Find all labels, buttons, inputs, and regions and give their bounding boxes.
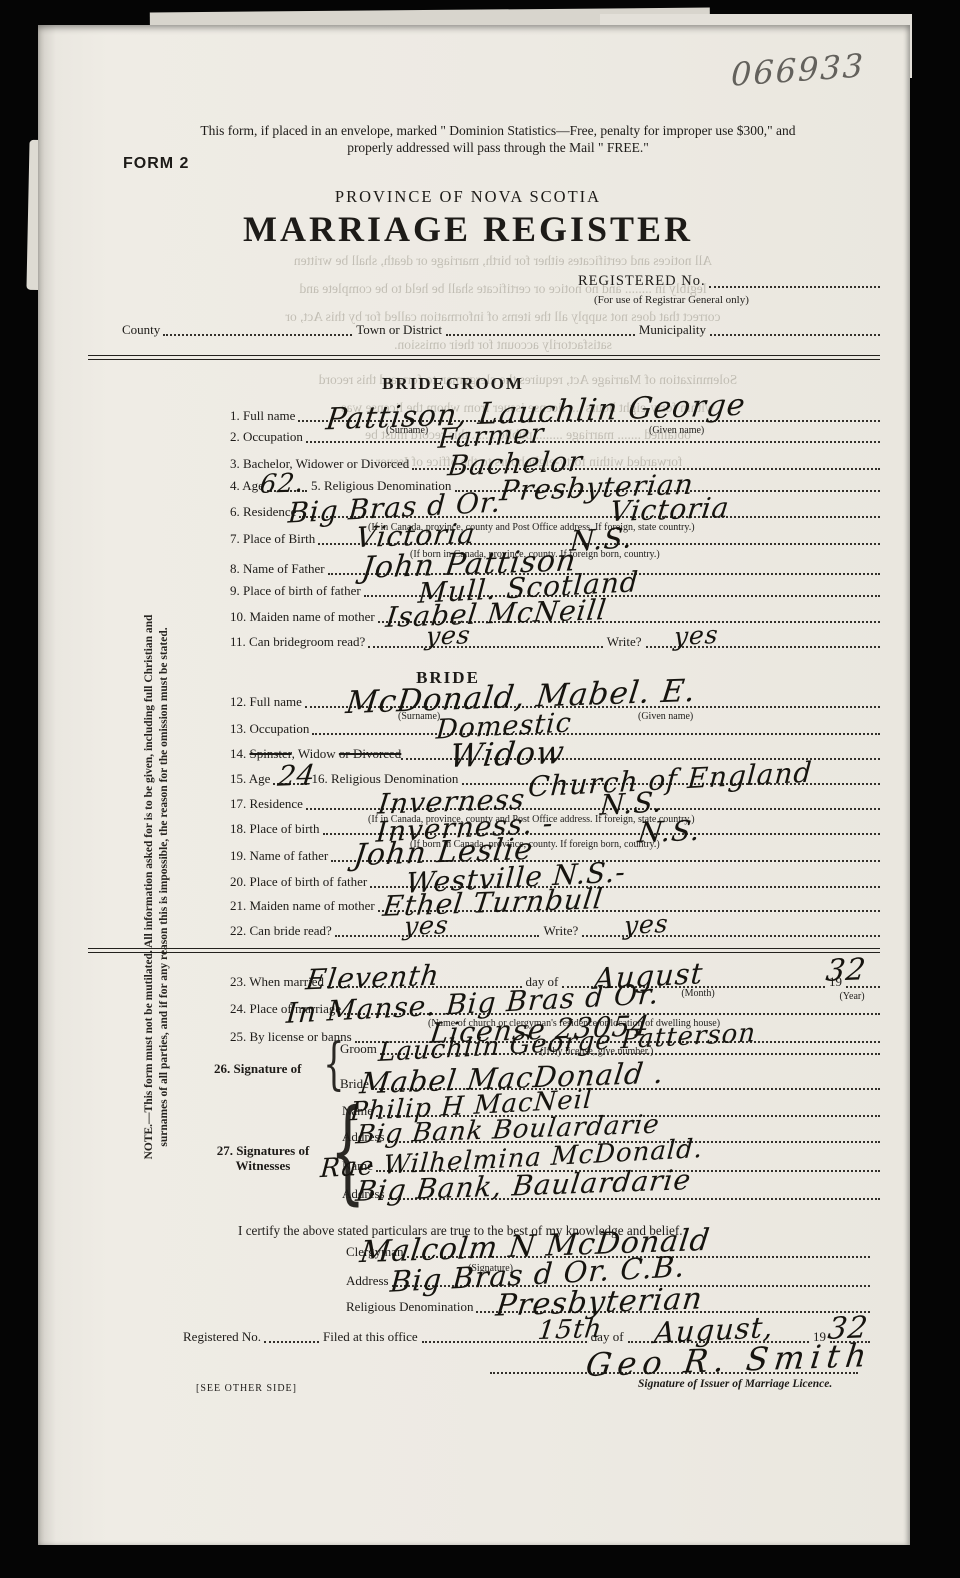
field-label: Write? (539, 923, 582, 939)
handwritten-wedding-year: 32 (824, 952, 868, 989)
sidebar-note-line1: NOTE.—This form must not be mutilated. A… (142, 557, 157, 1217)
field-label: 9. Place of birth of father (230, 583, 364, 599)
handwritten-groom-birthplace-province: N.S. (569, 521, 634, 557)
registered-no-note: (For use of Registrar General only) (594, 294, 749, 306)
registered-no-label: REGISTERED No. (578, 273, 709, 290)
witnesses-label-line2: Witnesses (208, 1158, 318, 1173)
signature-of-label: 26. Signature of (214, 1061, 302, 1077)
dotted-line (264, 1339, 319, 1343)
form-row-groom-literacy: 11. Can bridegroom read? Write? (230, 633, 880, 650)
form-number-label: FORM 2 (123, 155, 189, 173)
form-row-occupation: 2. Occupation (230, 428, 880, 445)
dotted-line (709, 284, 880, 288)
field-label: 2. Occupation (230, 429, 306, 445)
sidebar-note-line2: surnames of all parties, and if for any … (157, 557, 172, 1217)
ghost-text-line: satisfactorily account for their omissio… (158, 337, 848, 353)
ghost-text-line: All notices and certificates either for … (158, 253, 848, 269)
county-label: County (122, 322, 163, 338)
form-row-bride-residence: 17. Residence (230, 795, 880, 812)
field-label: 17. Residence (230, 796, 306, 812)
handwritten-groom-can-read: yes (424, 620, 472, 651)
field-label: 22. Can bride read? (230, 923, 335, 939)
province-heading: PROVINCE OF NOVA SCOTIA (218, 187, 718, 207)
field-label: 3. Bachelor, Widower or Divorced (230, 456, 412, 472)
struck-word: or Divorced (339, 746, 401, 761)
registered-no-footer-label: Registered No. (183, 1329, 264, 1345)
bridegroom-heading: BRIDEGROOM (338, 374, 568, 394)
field-label: 21. Maiden name of mother (230, 898, 378, 914)
mail-notice-line2: properly addressed will pass through the… (168, 139, 828, 156)
field-label: 13. Occupation (230, 721, 312, 737)
field-label: 18. Place of birth (230, 821, 323, 837)
town-district-label: Town or District (352, 322, 446, 338)
double-rule (88, 355, 880, 360)
field-label: Address (346, 1273, 392, 1289)
field-label: 1. Full name (230, 408, 298, 424)
dotted-line (163, 332, 352, 336)
field-label: 7. Place of Birth (230, 531, 318, 547)
form-row-bride-birthplace: 18. Place of birth (230, 820, 880, 837)
handwritten-bride-can-write: yes (623, 909, 670, 940)
see-other-side-label: [SEE OTHER SIDE] (196, 1383, 297, 1394)
page-number-stamp: 066933 (730, 46, 865, 94)
registered-no-row: REGISTERED No. (578, 273, 880, 290)
filed-label: Filed at this office (319, 1329, 422, 1345)
field-label: 8. Name of Father (230, 561, 328, 577)
double-rule (88, 948, 880, 953)
field-label: 19. Name of father (230, 848, 331, 864)
field-number: 14. (230, 746, 250, 761)
field-label: 20. Place of birth of father (230, 874, 370, 890)
handwritten-bride-birthplace-province: N.S. (636, 814, 703, 849)
handwritten-groom-can-write: yes (673, 620, 720, 651)
field-label: Write? (603, 634, 646, 650)
field-label: 11. Can bridegroom read? (230, 634, 368, 650)
mail-notice-line1: This form, if placed in an envelope, mar… (168, 122, 828, 139)
county-row: County Town or District Municipality (122, 321, 880, 338)
mail-notice: This form, if placed in an envelope, mar… (168, 122, 828, 156)
witnesses-label-line1: 27. Signatures of (208, 1143, 318, 1158)
field-label: Groom (340, 1041, 380, 1057)
document-title: MARRIAGE REGISTER (168, 208, 768, 250)
municipality-label: Municipality (635, 322, 710, 338)
issuer-signature-caption: Signature of Issuer of Marriage Licence. (638, 1378, 832, 1390)
dotted-line (446, 332, 635, 336)
document-page: 066933 All notices and certificates eith… (38, 25, 910, 1545)
dotted-line (312, 731, 880, 735)
handwritten-bride-can-read: yes (402, 910, 450, 941)
handwritten-bride-age: 24 (276, 758, 318, 792)
scanned-marriage-register: { "page": { "sheet_number_partial": "066… (0, 0, 960, 1578)
field-label: 15. Age (230, 771, 273, 787)
witnesses-label: 27. Signatures of Witnesses (208, 1143, 318, 1173)
field-label: 10. Maiden name of mother (230, 609, 378, 625)
dotted-line (306, 439, 880, 443)
handwritten-groom-mother: Isabel McNeill (384, 593, 609, 634)
dotted-line (710, 332, 880, 336)
dotted-line (368, 644, 602, 648)
handwritten-filed-day: 15th (536, 1314, 604, 1346)
sidebar-note: NOTE.—This form must not be mutilated. A… (142, 557, 172, 1217)
form-row-bride-literacy: 22. Can bride read? Write? (230, 922, 880, 939)
field-label: Religious Denomination (346, 1299, 476, 1315)
field-label: 12. Full name (230, 694, 305, 710)
